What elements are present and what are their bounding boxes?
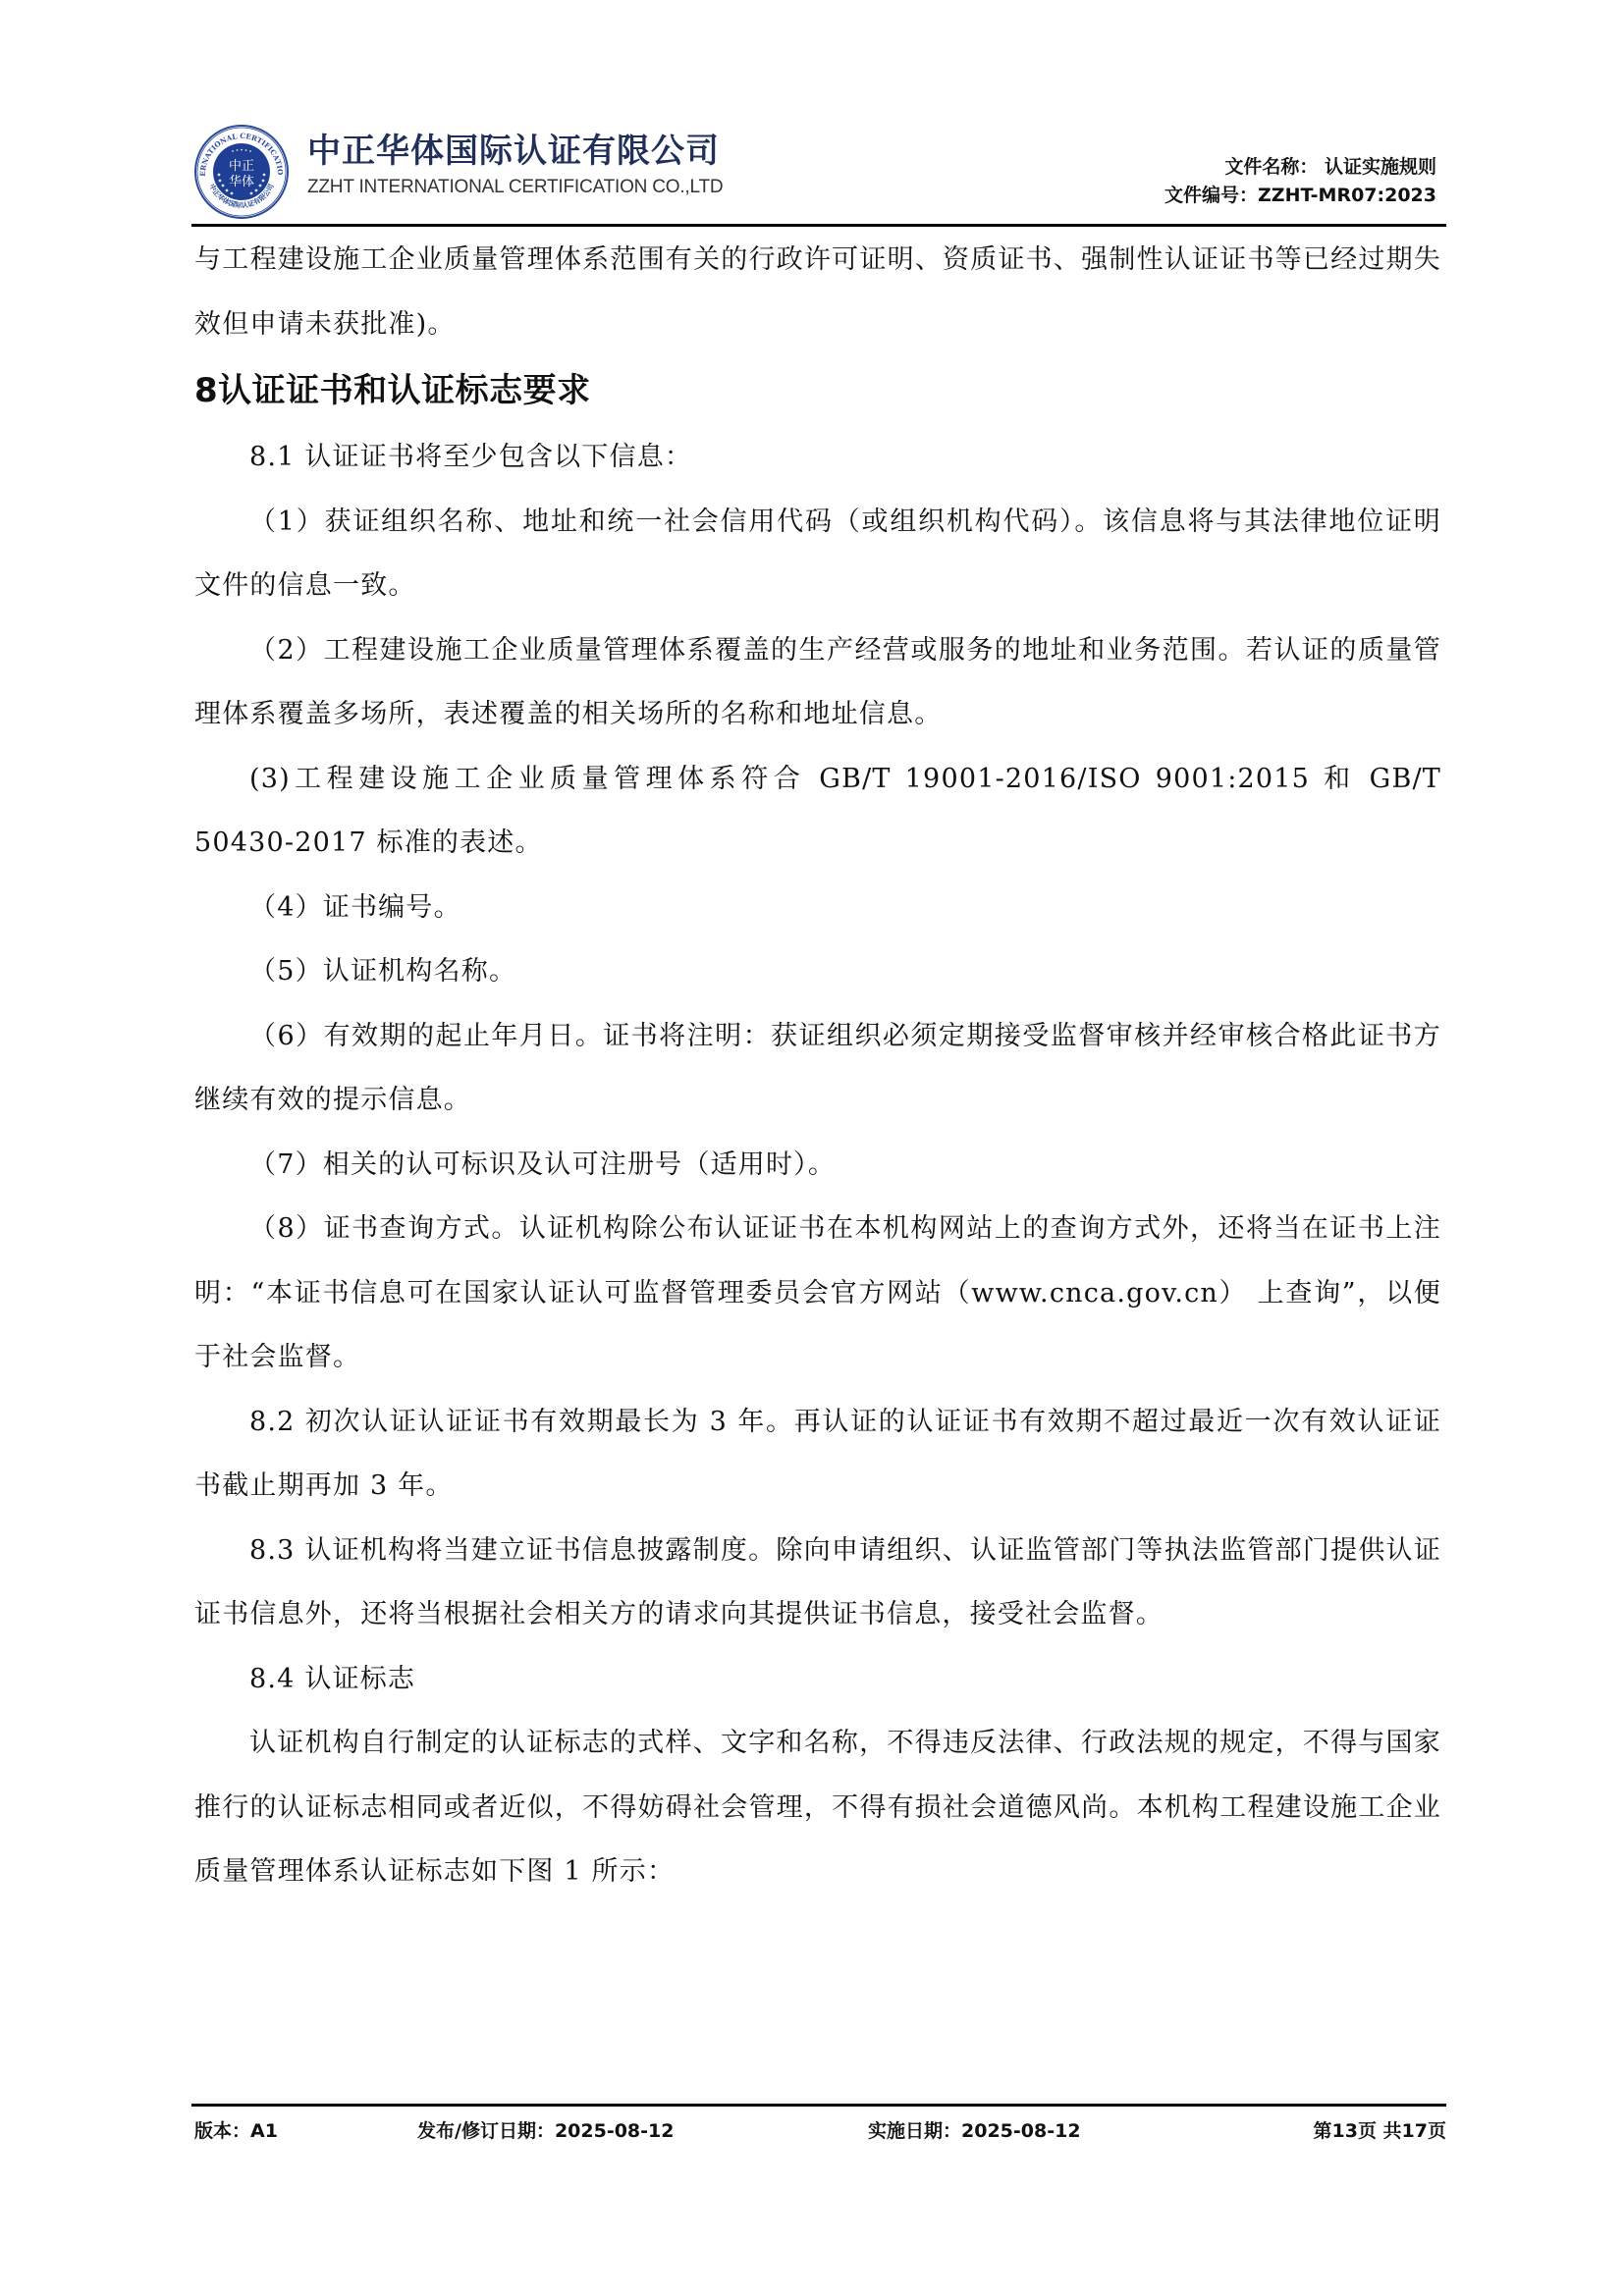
document-info: 文件名称： 认证实施规则 文件编号：ZZHT-MR07:2023 <box>1164 153 1436 210</box>
document-body: 与工程建设施工企业质量管理体系范围有关的行政许可证明、资质证书、强制性认证证书等… <box>194 228 1441 1904</box>
document-name-value: 认证实施规则 <box>1325 156 1436 178</box>
company-name-block: 中正华体国际认证有限公司 ZZHT INTERNATIONAL CERTIFIC… <box>307 132 723 200</box>
document-name-row: 文件名称： 认证实施规则 <box>1164 153 1436 182</box>
document-name-label: 文件名称： <box>1224 156 1318 178</box>
clause-8-3: 8.3 认证机构将当建立证书信息披露制度。除向申请组织、认证监管部门等执法监管部… <box>194 1519 1441 1647</box>
list-item-2: （2）工程建设施工企业质量管理体系覆盖的生产经营或服务的地址和业务范围。若认证的… <box>194 618 1441 747</box>
list-item-8: （8）证书查询方式。认证机构除公布认证证书在本机构网站上的查询方式外，还将当在证… <box>194 1197 1441 1390</box>
effective-date: 实施日期：2025-08-12 <box>868 2116 1081 2143</box>
document-number-label: 文件编号： <box>1164 185 1258 206</box>
list-item-4: （4）证书编号。 <box>194 876 1441 940</box>
document-number-value: ZZHT-MR07:2023 <box>1258 185 1436 206</box>
page-footer: 版本：A1 发布/修订日期：2025-08-12 实施日期：2025-08-12… <box>194 2112 1446 2148</box>
section-heading: 8认证证书和认证标志要求 <box>194 356 1441 425</box>
clause-8-4-text: 认证机构自行制定的认证标志的式样、文字和名称，不得违反法律、行政法规的规定，不得… <box>194 1711 1441 1904</box>
issue-date: 发布/修订日期：2025-08-12 <box>417 2116 674 2143</box>
list-item-5: （5）认证机构名称。 <box>194 939 1441 1004</box>
list-item-3: (3)工程建设施工企业质量管理体系符合 GB/T 19001-2016/ISO … <box>194 747 1441 876</box>
version-label: 版本：A1 <box>194 2116 278 2143</box>
company-logo: ZZHT INTERNATIONAL CERTIFICATION CO.,LTD… <box>193 124 290 220</box>
svg-text:中正: 中正 <box>229 158 254 174</box>
page-header: ZZHT INTERNATIONAL CERTIFICATION CO.,LTD… <box>191 118 1446 226</box>
clause-8-2: 8.2 初次认证认证证书有效期最长为 3 年。再认证的认证证书有效期不超过最近一… <box>194 1390 1441 1519</box>
svg-text:华体: 华体 <box>229 174 254 189</box>
list-item-6: （6）有效期的起止年月日。证书将注明：获证组织必须定期接受监督审核并经审核合格此… <box>194 1004 1441 1133</box>
footer-divider <box>191 2104 1446 2107</box>
continuation-paragraph: 与工程建设施工企业质量管理体系范围有关的行政许可证明、资质证书、强制性认证证书等… <box>194 228 1441 356</box>
list-item-7: （7）相关的认可标识及认可注册号（适用时）。 <box>194 1133 1441 1198</box>
clause-8-1-intro: 8.1 认证证书将至少包含以下信息： <box>194 425 1441 490</box>
clause-8-4-title: 8.4 认证标志 <box>194 1647 1441 1712</box>
certification-seal-icon: ZZHT INTERNATIONAL CERTIFICATION CO.,LTD… <box>193 124 290 220</box>
company-name-cn: 中正华体国际认证有限公司 <box>307 132 723 171</box>
header-divider <box>191 224 1446 227</box>
company-name-en: ZZHT INTERNATIONAL CERTIFICATION CO.,LTD <box>307 175 723 200</box>
list-item-1: （1）获证组织名称、地址和统一社会信用代码（或组织机构代码）。该信息将与其法律地… <box>194 490 1441 618</box>
document-number-row: 文件编号：ZZHT-MR07:2023 <box>1164 182 1436 210</box>
page-number: 第13页 共17页 <box>1314 2116 1447 2143</box>
